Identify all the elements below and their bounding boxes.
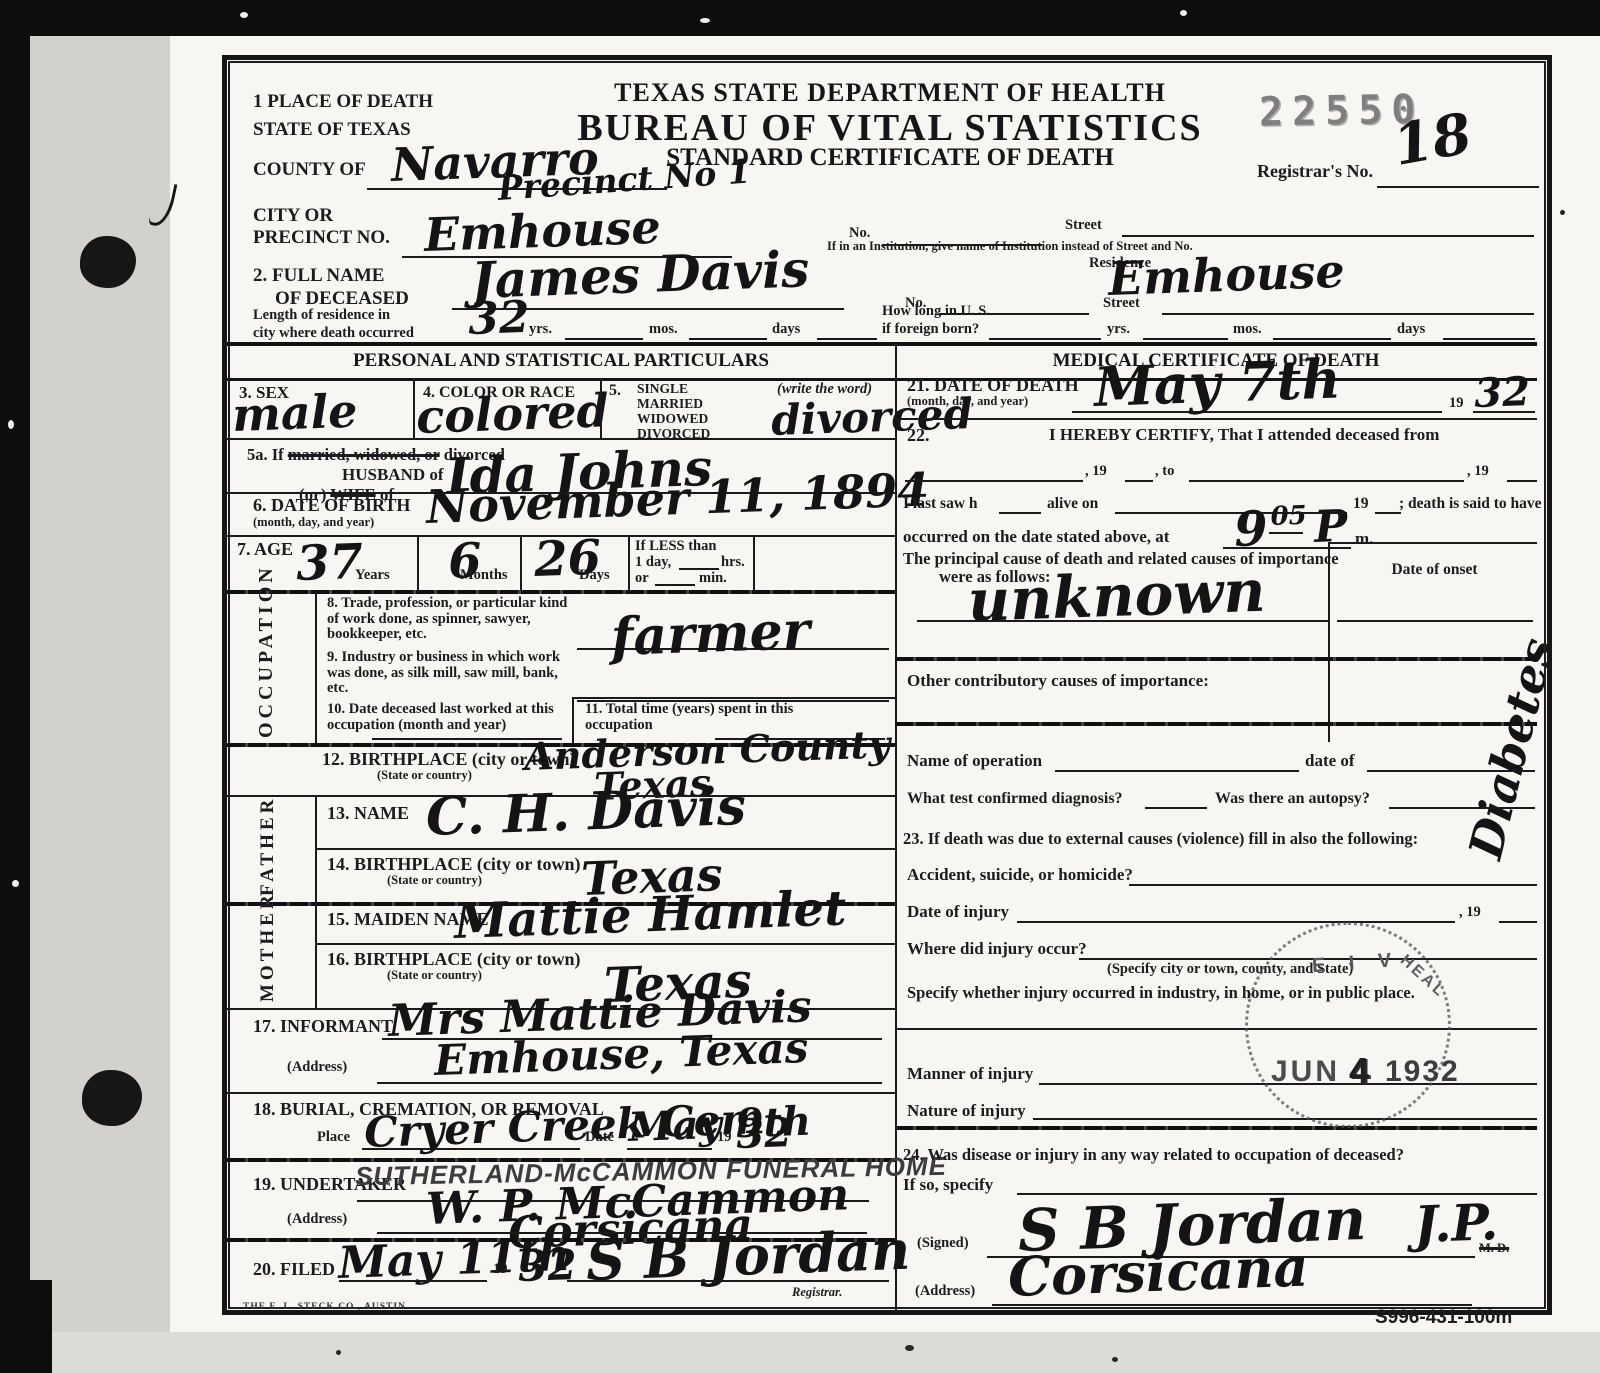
received-stamp-day: 4	[1349, 1050, 1371, 1092]
how-long-us-label-2: if foreign born?	[882, 322, 979, 338]
blank	[565, 338, 643, 340]
county-label: COUNTY OF	[253, 160, 366, 181]
row-divider	[227, 1092, 895, 1094]
burial-19-label: 19	[717, 1130, 732, 1146]
city-street-label: Street	[1065, 218, 1102, 234]
father-name-label: 13. NAME	[327, 804, 409, 823]
mother-strip-divider	[315, 902, 317, 1008]
received-stamp-year: 1932	[1385, 1055, 1460, 1089]
death-said-label: ; death is said to have	[1399, 496, 1542, 513]
operation-label: Name of operation	[907, 752, 1042, 770]
hole-punch-top	[80, 236, 136, 288]
blank	[999, 512, 1041, 514]
yrs-label: yrs.	[529, 322, 552, 338]
filed-registrar-signature: S B Jordan	[585, 1223, 911, 1288]
burial-date-label: Date	[585, 1130, 614, 1146]
scan-top-edge	[0, 0, 1600, 36]
occupation-related-label: 24. Was disease or injury in any way rel…	[903, 1146, 1404, 1164]
registrar-no-blank	[1377, 186, 1539, 188]
length-residence-label-2: city where death occurred	[253, 326, 414, 342]
form-number: S996-431-100m	[1375, 1308, 1512, 1329]
residence-street-label: Street	[1103, 296, 1140, 312]
scan-noise	[1560, 210, 1565, 215]
last-saw-label: I last saw h	[903, 496, 978, 513]
scan-noise	[1112, 1357, 1118, 1362]
dob-label: 6. DATE OF BIRTH	[253, 496, 410, 515]
date-of-death-label: 21. DATE OF DEATH	[907, 376, 1079, 395]
blank	[1507, 480, 1537, 482]
accident-label: Accident, suicide, or homicide?	[907, 866, 1133, 884]
blank	[689, 338, 767, 340]
lastsaw-19-label: 19	[1353, 496, 1369, 513]
scan-noise	[240, 12, 248, 18]
row-divider	[895, 418, 1537, 420]
father-birthplace-sub: (State or country)	[387, 874, 482, 888]
blank	[1115, 512, 1347, 514]
blank	[655, 584, 695, 586]
months-label: Months	[460, 568, 508, 584]
father-name-value: C. H. Davis	[425, 781, 747, 844]
nature-of-injury-label: Nature of injury	[907, 1102, 1026, 1120]
blank	[1273, 338, 1391, 340]
printer-note: THE E. L. STECK CO., AUSTIN	[243, 1302, 406, 1312]
personal-section-title: PERSONAL AND STATISTICAL PARTICULARS	[227, 350, 895, 372]
residence-value: Emhouse	[1107, 248, 1345, 302]
scan-noise	[8, 420, 14, 429]
city-label-1: CITY OR	[253, 206, 333, 227]
row-divider	[315, 943, 895, 945]
signed-address-label: (Address)	[915, 1284, 975, 1300]
cause-blank-1	[917, 620, 1328, 622]
fullname-label-1: 2. FULL NAME	[253, 266, 384, 287]
city-street-blank	[1122, 235, 1534, 237]
registrar-label: Registrar.	[792, 1286, 842, 1300]
row-divider	[227, 438, 895, 440]
row-divider-thick	[895, 657, 1537, 661]
burial-place-label: Place	[317, 1130, 350, 1146]
cell-divider	[413, 378, 415, 438]
father-vertical-label: FATHER	[257, 802, 279, 896]
dod-year-blank	[1473, 411, 1535, 413]
row-divider-thick	[895, 1126, 1537, 1130]
dept-title: TEXAS STATE DEPARTMENT OF HEALTH	[540, 78, 1240, 108]
min-label: min.	[699, 571, 727, 587]
injury-19-blank	[1499, 921, 1537, 923]
scan-noise	[700, 18, 710, 23]
minutes-underline	[1269, 532, 1303, 534]
certify-19b: , 19	[1467, 464, 1489, 480]
marital-option-single: SINGLE	[637, 382, 688, 397]
spouse-label-pre: 5a. If	[247, 445, 284, 464]
occ9-label: 9. Industry or business in which work wa…	[327, 650, 579, 697]
burial-year-value: 32	[736, 1113, 793, 1155]
date-of-injury-label: Date of injury	[907, 903, 1009, 921]
days-label: days	[772, 322, 800, 338]
marital-number: 5.	[609, 382, 621, 399]
race-value: colored	[415, 387, 609, 440]
autopsy-label: Was there an autopsy?	[1215, 790, 1370, 807]
cell-divider	[753, 535, 755, 590]
hole-punch-bottom	[82, 1070, 142, 1126]
time-m-label: m.	[1355, 530, 1373, 548]
informant-address-label: (Address)	[287, 1060, 347, 1076]
days-label: days	[1397, 322, 1425, 338]
mother-vertical-label: MOTHER	[257, 908, 279, 1002]
certify-number: 22.	[907, 426, 930, 445]
occupation-strip-divider	[315, 590, 317, 743]
onset-blank-1	[1337, 620, 1533, 622]
mother-maiden-value: Mattie Hamlet	[453, 884, 847, 946]
filed-signature-blank	[567, 1280, 889, 1282]
scan-left-margin	[30, 36, 170, 1332]
autopsy-blank	[1389, 807, 1535, 809]
age-years-value: 37	[295, 538, 363, 588]
length-residence-label-1: Length of residence in	[253, 308, 390, 324]
blank	[905, 480, 1083, 482]
mos-label: mos.	[649, 322, 678, 338]
certify-label: I HEREBY CERTIFY, That I attended deceas…	[1049, 426, 1439, 444]
place-of-death-label: 1 PLACE OF DEATH	[253, 92, 433, 113]
filed-19-label: 19	[493, 1262, 508, 1278]
nature-blank	[1033, 1118, 1537, 1120]
test-label: What test confirmed diagnosis?	[907, 790, 1123, 807]
blank	[1443, 338, 1535, 340]
certificate-form: 1 PLACE OF DEATH STATE OF TEXAS COUNTY O…	[222, 55, 1552, 1315]
accident-blank	[1129, 884, 1537, 886]
dod-year-value: 32	[1474, 372, 1531, 414]
blank	[1125, 480, 1153, 482]
if-so-specify-label: If so, specify	[903, 1176, 993, 1194]
alive-on-label: alive on	[1047, 496, 1098, 513]
md-label: M. D.	[1479, 1242, 1509, 1256]
days-cell-label: Days	[579, 568, 610, 584]
filed-label: 20. FILED	[253, 1260, 335, 1279]
mos-label: mos.	[1233, 322, 1262, 338]
blank	[1375, 512, 1401, 514]
row-divider-thick	[895, 722, 1537, 726]
if-less-label-2: 1 day,	[635, 555, 671, 571]
sex-value: male	[231, 388, 358, 438]
test-blank	[1145, 807, 1207, 809]
other-causes-label: Other contributory causes of importance:	[907, 672, 1209, 690]
occurred-at-label: occurred on the date stated above, at	[903, 528, 1169, 546]
cell-divider	[600, 378, 602, 438]
marital-option-widowed: WIDOWED	[637, 412, 708, 427]
dob-sub-label: (month, day, and year)	[253, 516, 374, 530]
hrs-label: hrs.	[721, 555, 745, 571]
how-long-us-label-1: How long in U. S.	[882, 304, 990, 320]
registrar-no-value: 18	[1389, 105, 1475, 174]
certify-to: , to	[1155, 464, 1174, 480]
signed-label: (Signed)	[917, 1236, 969, 1252]
blank	[1143, 338, 1228, 340]
mother-birthplace-sub: (State or country)	[387, 969, 482, 983]
blank	[1189, 480, 1464, 482]
scan-corner-blob	[0, 1280, 52, 1373]
father-birthplace-label: 14. BIRTHPLACE (city or town)	[327, 855, 581, 874]
occ8-value: farmer	[610, 605, 811, 664]
residence-street-blank	[1162, 313, 1534, 315]
length-residence-value: 32	[467, 296, 530, 342]
certificate-title: STANDARD CERTIFICATE OF DEATH	[540, 144, 1240, 172]
certify-19a: , 19	[1085, 464, 1107, 480]
years-label: Years	[355, 568, 390, 584]
birthplace12-sub-label: (State or country)	[377, 769, 472, 783]
mother-birthplace-label: 16. BIRTHPLACE (city or town)	[327, 950, 581, 969]
occupation-vertical-label: OCCUPATION	[255, 598, 278, 738]
cell-divider	[628, 535, 630, 590]
injury-19-label: , 19	[1459, 905, 1481, 921]
physician-address: Corsicana	[1007, 1240, 1309, 1304]
manner-of-injury-label: Manner of injury	[907, 1065, 1033, 1083]
spouse-label-struck: married, widowed, or	[288, 445, 440, 464]
date-of-onset-label: Date of onset	[1377, 562, 1492, 579]
cell-divider	[417, 535, 419, 590]
blank	[817, 338, 877, 340]
age-label: 7. AGE	[237, 540, 293, 559]
operation-date-label: date of	[1305, 752, 1355, 770]
or-min-label: or	[635, 571, 649, 587]
marital-option-married: MARRIED	[637, 397, 703, 412]
occ8-label: 8. Trade, profession, or particular kind…	[327, 596, 579, 643]
yrs-label: yrs.	[1107, 322, 1130, 338]
scan-noise	[12, 880, 19, 887]
scan-noise	[336, 1350, 341, 1355]
occ11-box-top	[572, 697, 895, 699]
scan-noise	[905, 1345, 914, 1351]
death-time-minutes: 05	[1270, 503, 1307, 530]
state-label: STATE OF TEXAS	[253, 120, 411, 141]
onset-box-left	[1328, 542, 1330, 742]
row-divider-thick	[227, 590, 895, 594]
scan-left-edge	[0, 0, 30, 1373]
operation-blank	[1055, 770, 1299, 772]
external-causes-label: 23. If death was due to external causes …	[903, 830, 1418, 848]
operation-date-blank	[1367, 770, 1535, 772]
occ10-label: 10. Date deceased last worked at this oc…	[327, 702, 565, 733]
registrar-no-label: Registrar's No.	[1257, 162, 1373, 181]
informant-address-value: Emhouse, Texas	[434, 1027, 809, 1082]
if-less-label-1: If LESS than	[635, 539, 716, 555]
dod-19-label: 19	[1449, 396, 1464, 412]
undertaker-address-label: (Address)	[287, 1212, 347, 1228]
informant-address-blank	[377, 1082, 882, 1084]
filed-date-blank	[339, 1280, 487, 1282]
blank	[989, 338, 1101, 340]
onset-box-top	[1328, 542, 1537, 544]
date-of-death-sub: (month, day, and year)	[907, 395, 1028, 409]
informant-label: 17. INFORMANT	[253, 1017, 393, 1036]
scan-noise	[1180, 10, 1187, 16]
cell-divider	[520, 535, 522, 590]
row-divider	[315, 848, 895, 850]
date-of-death-value: May 7th	[1093, 351, 1341, 414]
scanned-death-certificate: Diabetes 1 PLACE OF DEATH STATE OF TEXAS…	[0, 0, 1600, 1373]
date-of-injury-blank	[1017, 921, 1455, 923]
where-injury-label: Where did injury occur?	[907, 940, 1087, 958]
received-stamp-month: JUN	[1271, 1055, 1340, 1089]
city-label-2: PRECINCT NO.	[253, 228, 390, 249]
